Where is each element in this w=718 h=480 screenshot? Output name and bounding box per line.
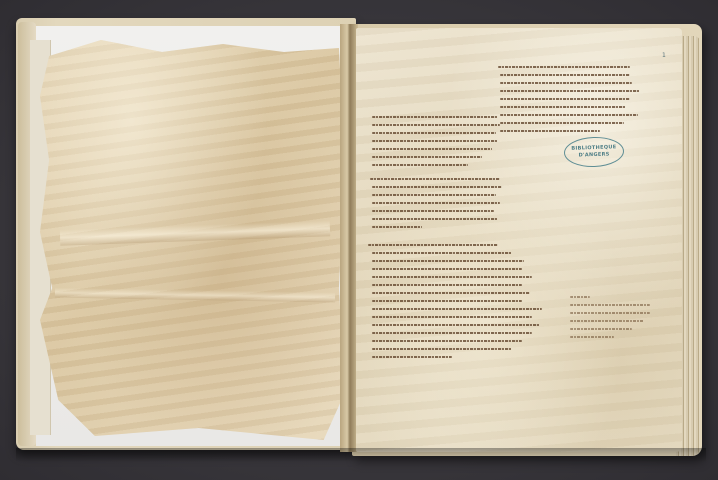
folio-number: 1 xyxy=(662,52,666,59)
stamp-line-2: D'ANGERS xyxy=(578,151,609,159)
book-shadow xyxy=(16,448,706,462)
